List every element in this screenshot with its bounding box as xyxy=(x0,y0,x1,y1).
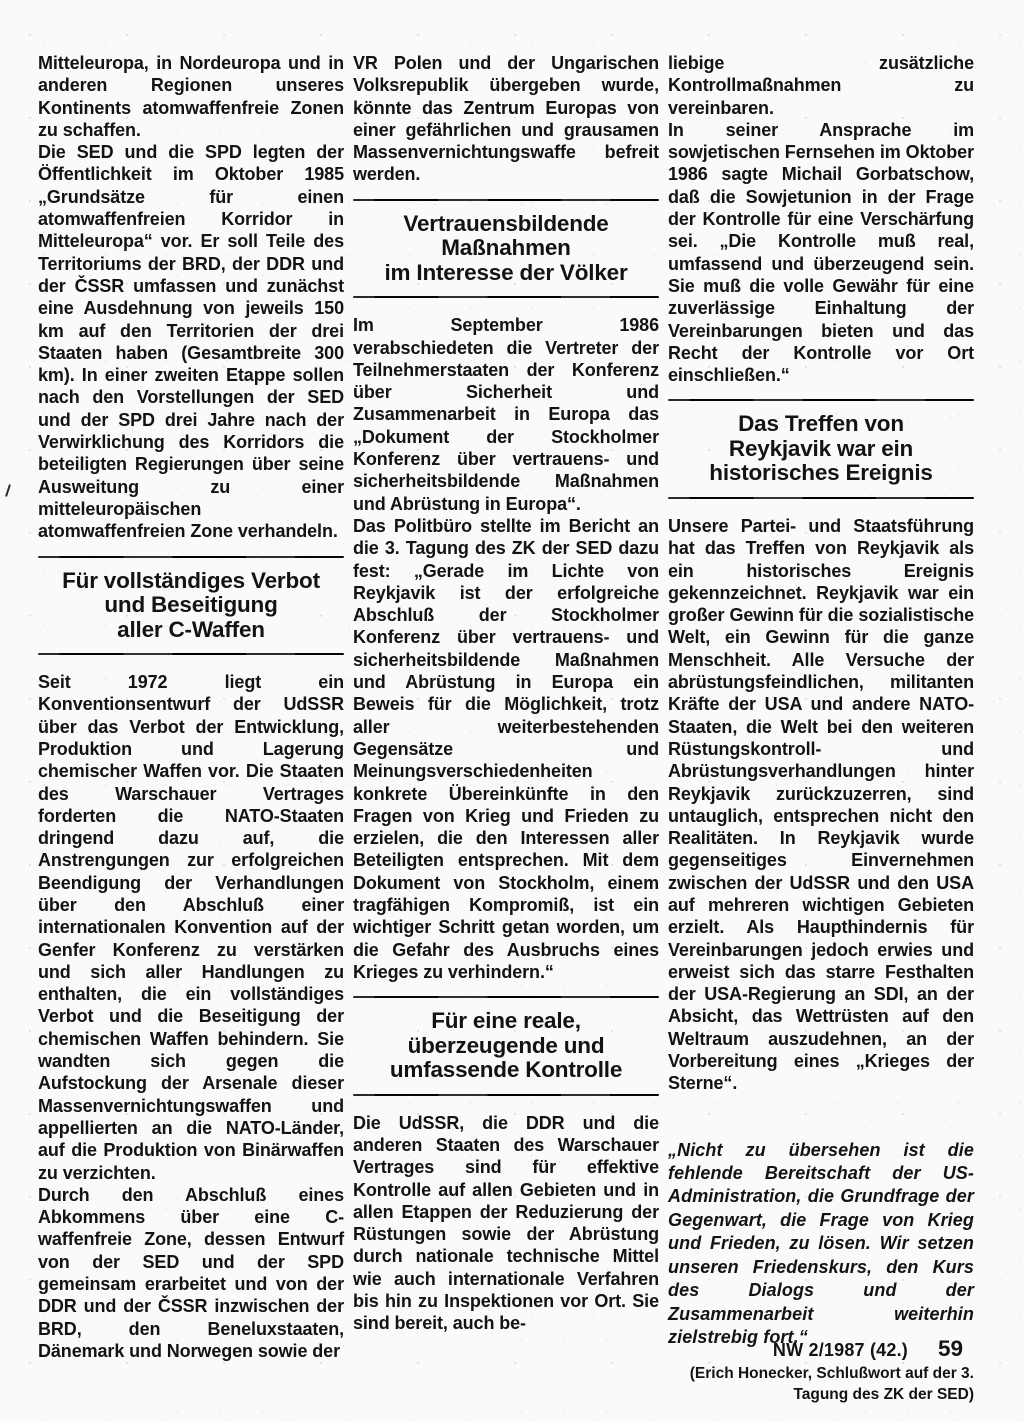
body-paragraph: Das Politbüro stellte im Bericht an die … xyxy=(353,515,659,983)
heading-line: Für eine reale, xyxy=(357,1009,655,1034)
heading-line: Das Treffen von xyxy=(672,412,970,437)
section-heading-block: Für vollständiges Verbot und Beseitigung… xyxy=(38,556,344,656)
heading-line: im Interesse der Völker xyxy=(357,261,655,286)
section-heading: Für vollständiges Verbot und Beseitigung… xyxy=(42,569,340,643)
heading-rule xyxy=(38,556,344,558)
heading-line: und Beseitigung xyxy=(42,593,340,618)
heading-rule xyxy=(353,996,659,998)
body-paragraph: Die UdSSR, die DDR und die anderen Staat… xyxy=(353,1112,659,1335)
section-heading-block: Das Treffen von Reykjavik war ein histor… xyxy=(668,399,974,499)
heading-line: Vertrauensbildende xyxy=(357,212,655,237)
body-paragraph: Mitteleuropa, in Nordeuropa und in ander… xyxy=(38,52,344,141)
page: { "document": { "footer": { "issue": "NW… xyxy=(0,0,1024,1421)
section-heading: Das Treffen von Reykjavik war ein histor… xyxy=(672,412,970,486)
heading-line: Für vollständiges Verbot xyxy=(42,569,340,594)
text-column-left: Mitteleuropa, in Nordeuropa und in ander… xyxy=(38,52,344,1405)
heading-rule xyxy=(668,497,974,499)
heading-line: umfassende Kontrolle xyxy=(357,1058,655,1083)
body-paragraph: Unsere Partei- und Staatsführung hat das… xyxy=(668,515,974,1095)
heading-rule xyxy=(353,199,659,201)
section-heading: Für eine reale, überzeugende und umfasse… xyxy=(357,1009,655,1083)
heading-rule xyxy=(38,653,344,655)
body-paragraph: In seiner Ansprache im sowjetischen Fern… xyxy=(668,119,974,387)
heading-line: Maßnahmen xyxy=(357,236,655,261)
heading-line: Reykjavik war ein xyxy=(672,437,970,462)
article-body: Mitteleuropa, in Nordeuropa und in ander… xyxy=(0,0,974,1405)
body-paragraph: VR Polen und der Ungarischen Volksrepubl… xyxy=(353,52,659,186)
heading-rule xyxy=(353,296,659,298)
quote-attribution: (Erich Honecker, Schlußwort auf der 3. T… xyxy=(668,1363,974,1405)
heading-rule xyxy=(353,1094,659,1096)
footer: NW 2/1987 (42.) 59 xyxy=(668,1336,975,1362)
heading-line: aller C-Waffen xyxy=(42,618,340,643)
journal-issue-label: NW 2/1987 (42.) xyxy=(773,1340,908,1361)
text-column-middle: VR Polen und der Ungarischen Volksrepubl… xyxy=(353,52,659,1405)
body-paragraph: Im September 1986 verabschiedeten die Ve… xyxy=(353,314,659,515)
section-heading-block: Für eine reale, überzeugende und umfasse… xyxy=(353,996,659,1096)
heading-line: überzeugende und xyxy=(357,1034,655,1059)
pull-quote: „Nicht zu übersehen ist die fehlende Ber… xyxy=(668,1139,974,1350)
body-paragraph: Durch den Abschluß eines Abkommens über … xyxy=(38,1184,344,1362)
text-column-right: liebige zusätzliche Kontrollmaßnahmen zu… xyxy=(668,52,974,1405)
body-paragraph: liebige zusätzliche Kontrollmaßnahmen zu… xyxy=(668,52,974,119)
heading-line: historisches Ereignis xyxy=(672,461,970,486)
section-heading-block: Vertrauensbildende Maßnahmen im Interess… xyxy=(353,199,659,299)
body-paragraph: Seit 1972 liegt ein Konventionsentwurf d… xyxy=(38,671,344,1184)
page-number: 59 xyxy=(938,1336,963,1362)
section-heading: Vertrauensbildende Maßnahmen im Interess… xyxy=(357,212,655,286)
body-paragraph: Die SED und die SPD legten der Öffentlic… xyxy=(38,141,344,542)
heading-rule xyxy=(668,399,974,401)
